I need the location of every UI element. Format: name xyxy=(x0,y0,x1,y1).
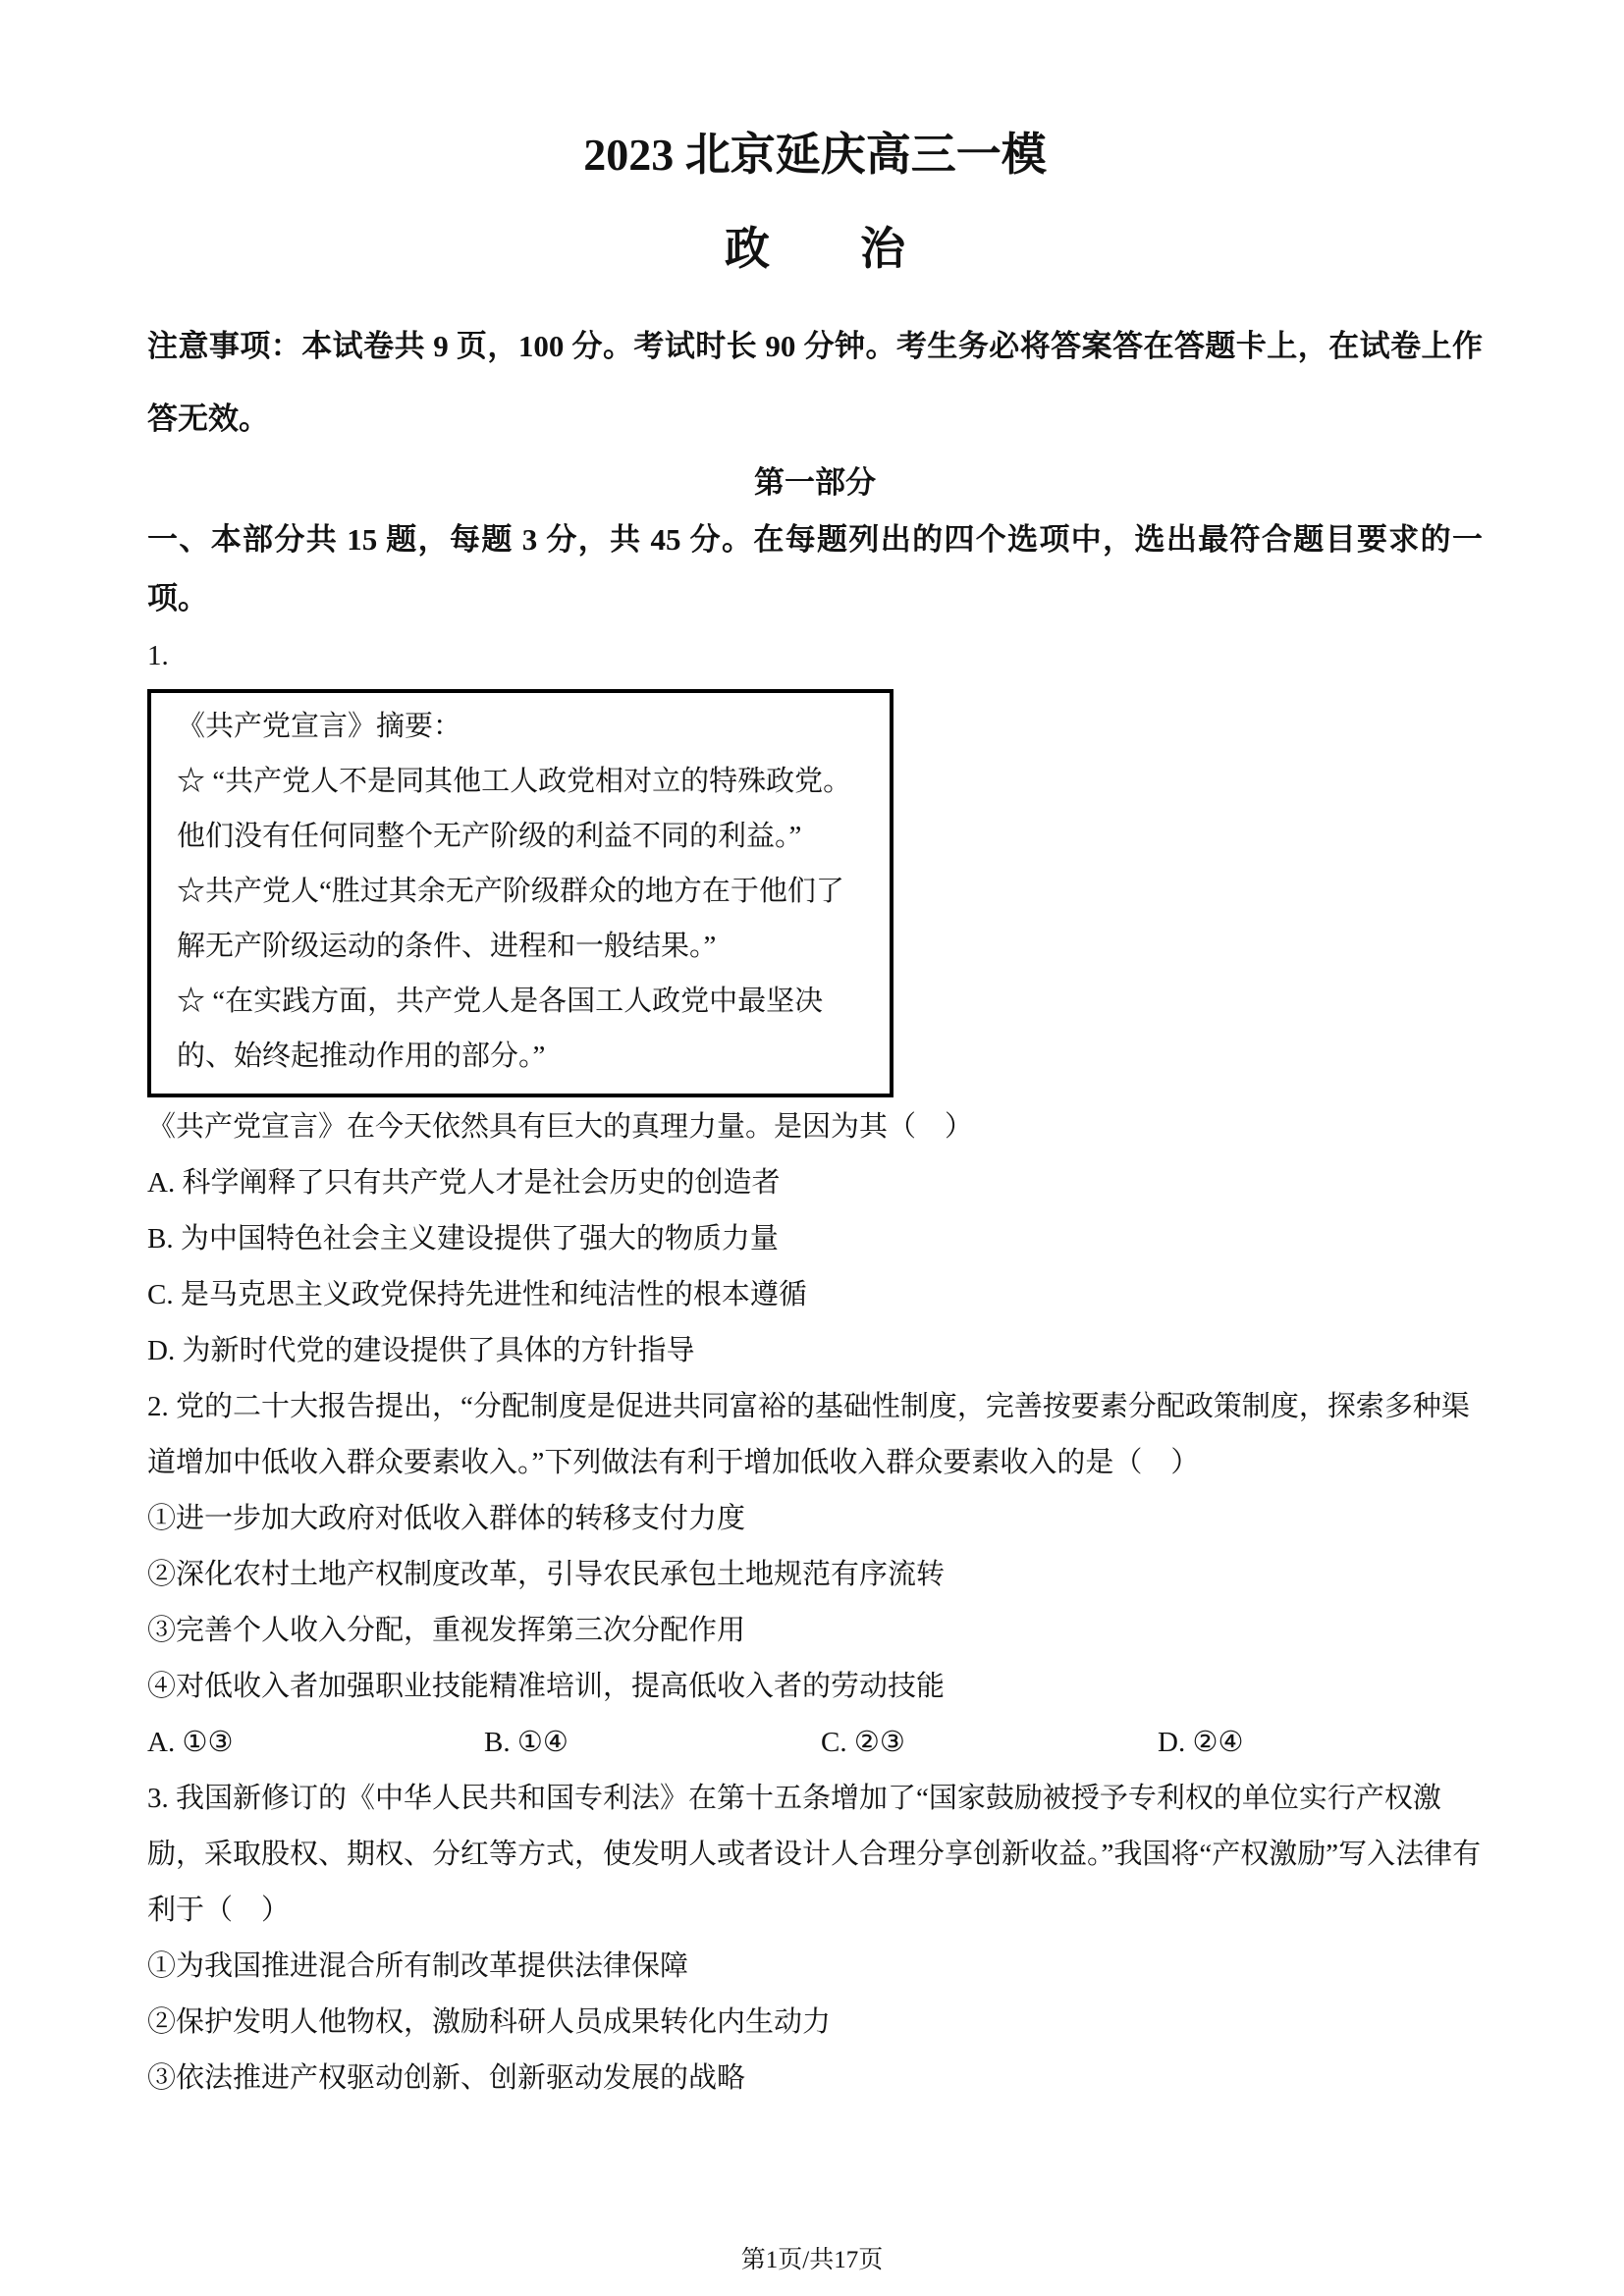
question-2-options-row: A. ①③ B. ①④ C. ②③ D. ②④ xyxy=(147,1715,1483,1771)
question-2-option-a: A. ①③ xyxy=(147,1715,484,1771)
quote-line: 他们没有任何同整个无产阶级的利益不同的利益。” xyxy=(177,809,880,864)
question-1-stem: 《共产党宣言》在今天依然具有巨大的真理力量。是因为其（ ） xyxy=(147,1099,1483,1155)
exam-notice: 注意事项：本试卷共 9 页，100 分。考试时长 90 分钟。考生务必将答案答在… xyxy=(147,310,1483,455)
question-2-option-c: C. ②③ xyxy=(821,1715,1158,1771)
question-1-option-a: A. 科学阐释了只有共产党人才是社会历史的创造者 xyxy=(147,1155,1483,1211)
section-heading: 第一部分 xyxy=(147,455,1483,510)
question-1-option-c: C. 是马克思主义政党保持先进性和纯洁性的根本遵循 xyxy=(147,1267,1483,1323)
quote-line: 的、始终起推动作用的部分。” xyxy=(177,1029,880,1084)
question-2: 2. 党的二十大报告提出，“分配制度是促进共同富裕的基础性制度，完善按要素分配政… xyxy=(147,1379,1483,1771)
exam-title: 2023 北京延庆高三一模 xyxy=(147,126,1483,185)
question-2-item-2: ②深化农村土地产权制度改革，引导农民承包土地规范有序流转 xyxy=(147,1547,1483,1603)
quote-box-heading: 《共产党宣言》摘要： xyxy=(177,699,880,754)
question-2-item-1: ①进一步加大政府对低收入群体的转移支付力度 xyxy=(147,1491,1483,1547)
question-2-option-d: D. ②④ xyxy=(1158,1715,1243,1771)
question-1: 1. 《共产党宣言》摘要： ☆ “共产党人不是同其他工人政党相对立的特殊政党。 … xyxy=(147,628,1483,1379)
question-1-option-d: D. 为新时代党的建设提供了具体的方针指导 xyxy=(147,1323,1483,1379)
question-3-item-2: ②保护发明人他物权，激励科研人员成果转化内生动力 xyxy=(147,1995,1483,2051)
quote-line: 解无产阶级运动的条件、进程和一般结果。” xyxy=(177,919,880,974)
question-2-option-b: B. ①④ xyxy=(484,1715,821,1771)
section-instruction: 一、本部分共 15 题，每题 3 分，共 45 分。在每题列出的四个选项中，选出… xyxy=(147,510,1483,628)
question-1-number: 1. xyxy=(147,628,1483,683)
question-3-item-1: ①为我国推进混合所有制改革提供法律保障 xyxy=(147,1939,1483,1995)
question-2-item-3: ③完善个人收入分配，重视发挥第三次分配作用 xyxy=(147,1603,1483,1659)
question-3-stem: 3. 我国新修订的《中华人民共和国专利法》在第十五条增加了“国家鼓励被授予专利权… xyxy=(147,1771,1483,1939)
question-1-option-b: B. 为中国特色社会主义建设提供了强大的物质力量 xyxy=(147,1211,1483,1267)
page-number-indicator: 第1页/共17页 xyxy=(0,2246,1624,2275)
quote-line: ☆ “共产党人不是同其他工人政党相对立的特殊政党。 xyxy=(177,754,880,809)
manifesto-quote-box: 《共产党宣言》摘要： ☆ “共产党人不是同其他工人政党相对立的特殊政党。 他们没… xyxy=(147,689,893,1097)
quote-line: ☆共产党人“胜过其余无产阶级群众的地方在于他们了 xyxy=(177,864,880,919)
question-2-stem: 2. 党的二十大报告提出，“分配制度是促进共同富裕的基础性制度，完善按要素分配政… xyxy=(147,1379,1483,1491)
question-3-item-3: ③依法推进产权驱动创新、创新驱动发展的战略 xyxy=(147,2051,1483,2107)
exam-subject: 政 治 xyxy=(147,218,1483,281)
exam-page: 2023 北京延庆高三一模 政 治 注意事项：本试卷共 9 页，100 分。考试… xyxy=(0,0,1624,2296)
question-2-item-4: ④对低收入者加强职业技能精准培训，提高低收入者的劳动技能 xyxy=(147,1659,1483,1715)
question-3: 3. 我国新修订的《中华人民共和国专利法》在第十五条增加了“国家鼓励被授予专利权… xyxy=(147,1771,1483,2107)
quote-line: ☆ “在实践方面，共产党人是各国工人政党中最坚决 xyxy=(177,974,880,1029)
